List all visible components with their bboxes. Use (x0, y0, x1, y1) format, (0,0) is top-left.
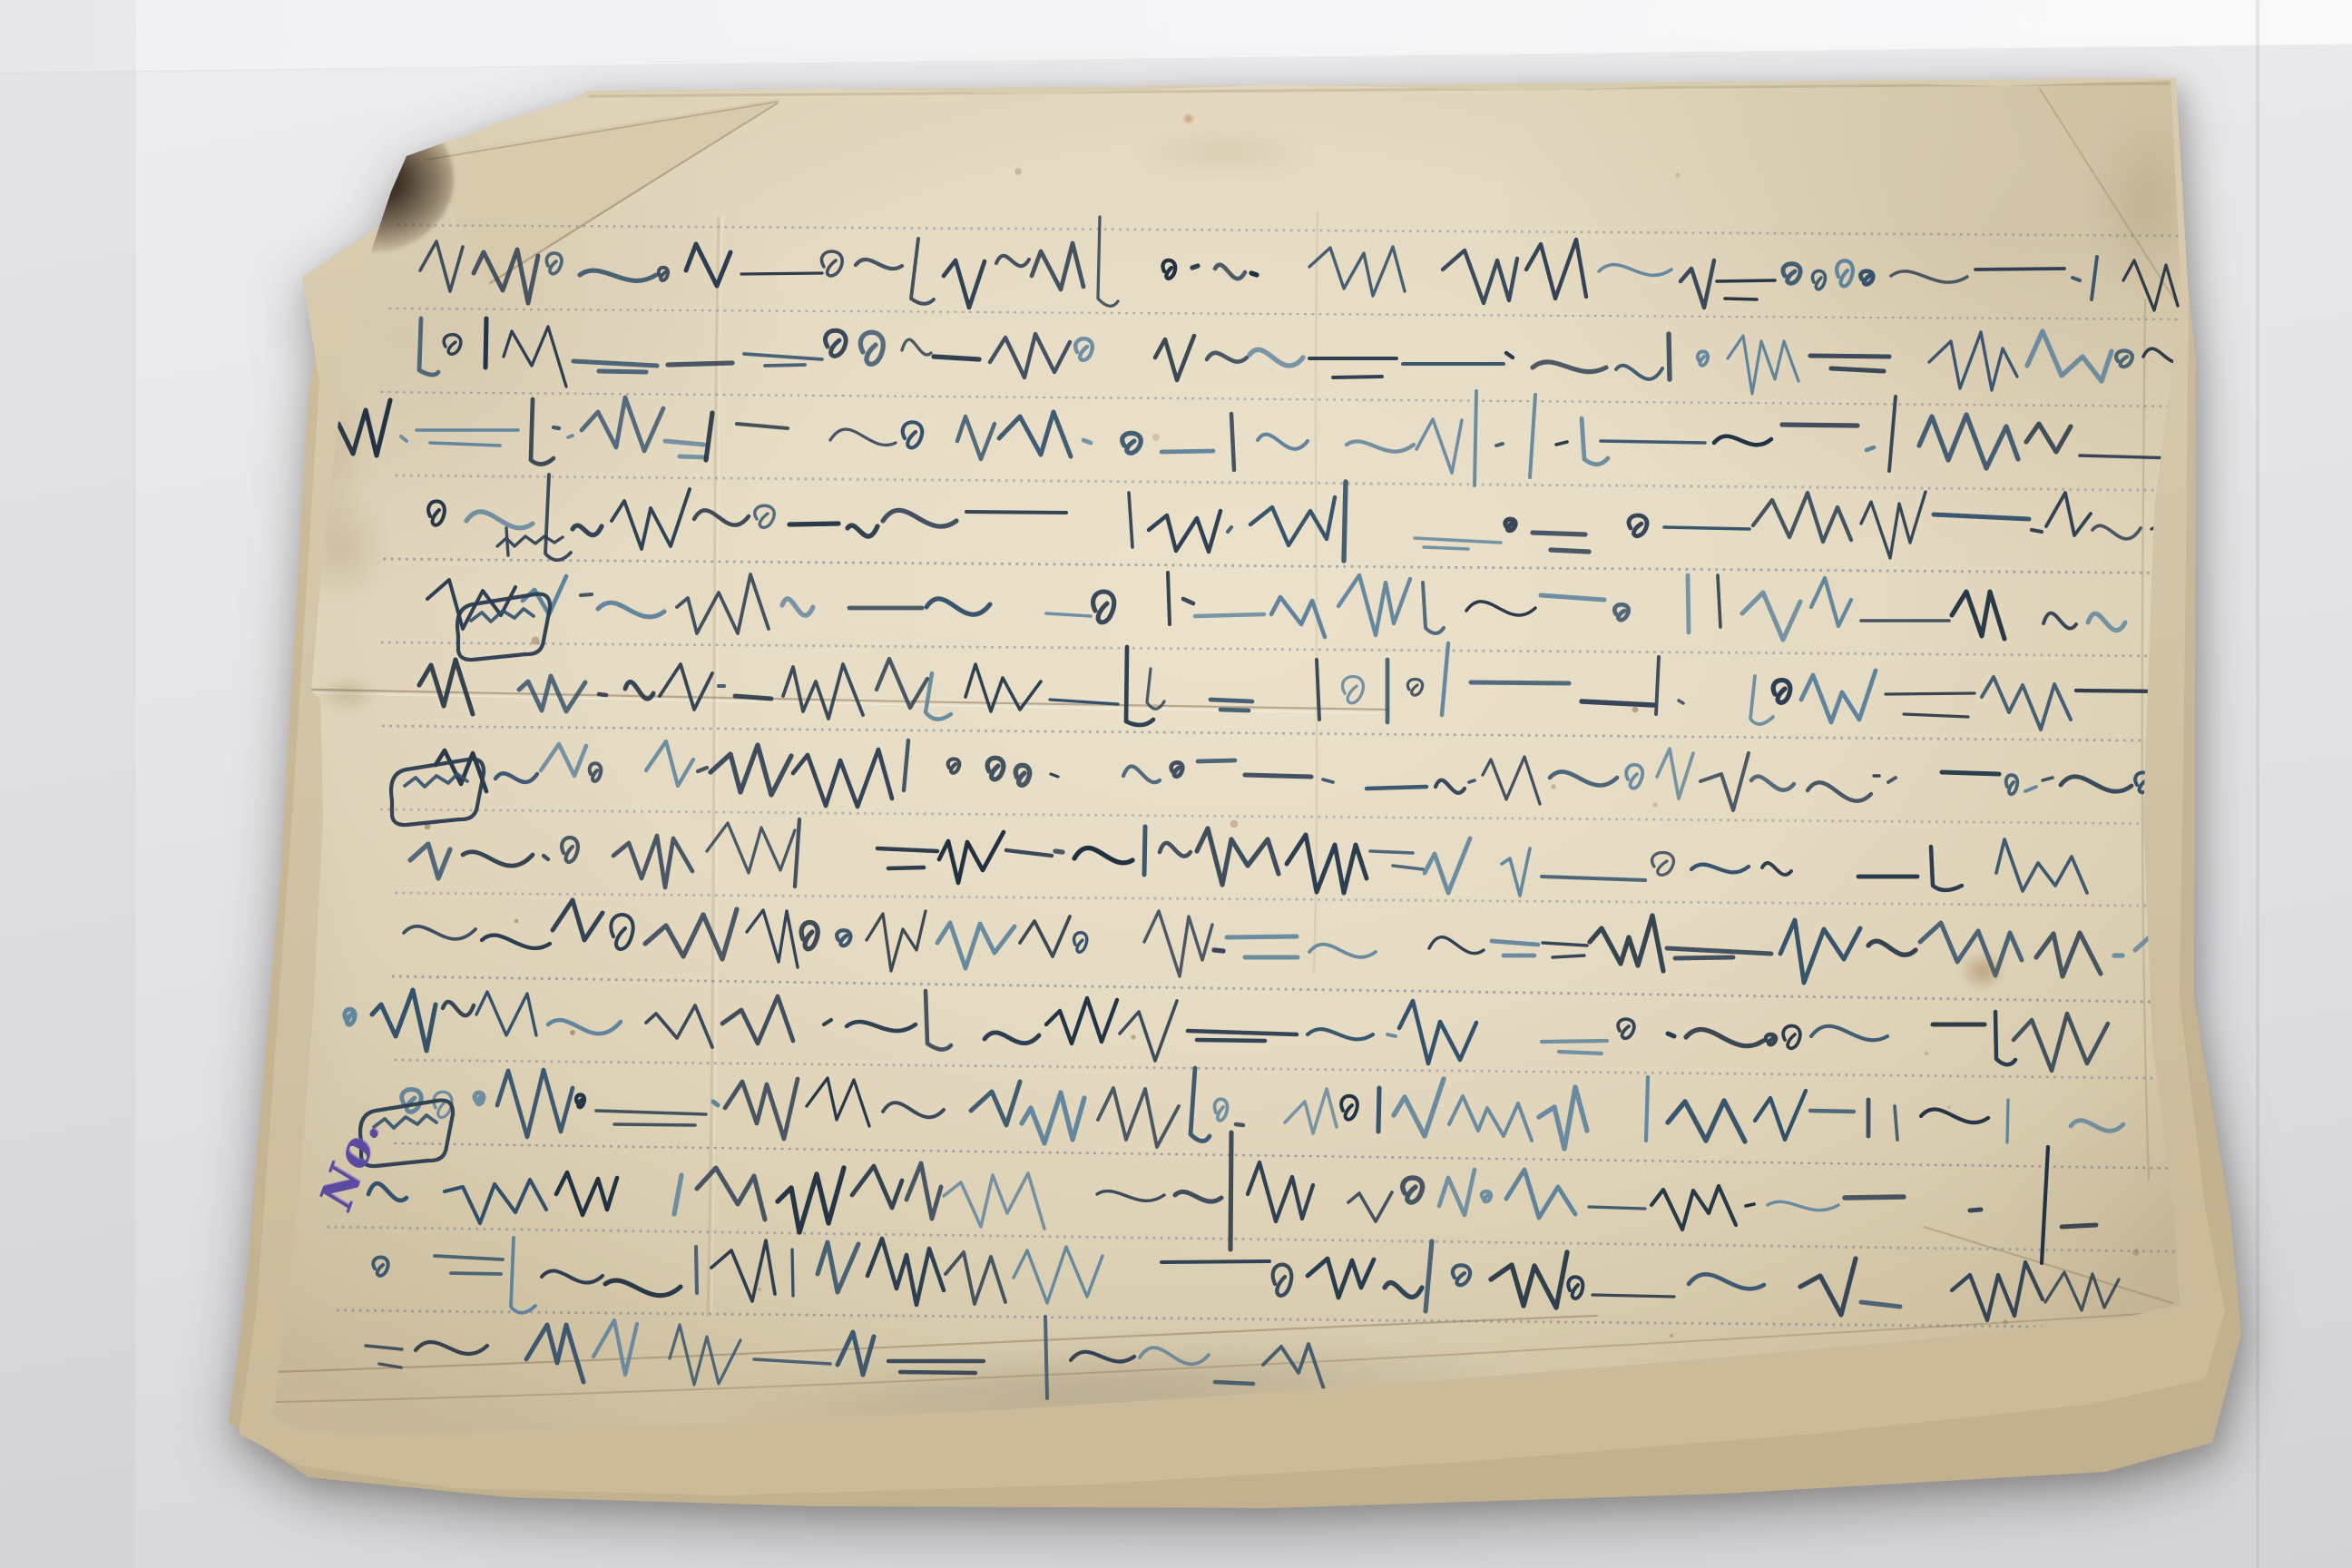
ink-stroke (755, 505, 774, 527)
ruled-line (337, 1310, 2208, 1328)
ink-stroke (971, 1082, 1020, 1125)
ink-stroke (660, 664, 712, 710)
ink-stroke (1667, 948, 1771, 958)
ink-stroke (1144, 827, 1145, 875)
ink-stroke (1929, 332, 2017, 390)
ink-stroke (1550, 771, 1617, 785)
ink-stroke (1183, 599, 1193, 603)
ink-stroke (1601, 441, 1705, 443)
ink-stroke (1147, 669, 1164, 709)
ink-stroke (1808, 782, 1871, 800)
ink-stroke (436, 750, 486, 791)
ruled-line (380, 809, 2218, 824)
ink-stroke (419, 660, 473, 714)
ruled-line (327, 1227, 2210, 1252)
ink-stroke (1055, 851, 1063, 852)
ink-stroke (793, 750, 892, 807)
ink-stroke (710, 745, 791, 795)
ink-stroke (946, 1252, 1005, 1304)
ink-stroke (824, 1020, 831, 1024)
ink-stroke (1813, 271, 1826, 289)
ink-stroke (1728, 336, 1798, 394)
ink-stroke (1370, 851, 1423, 869)
ink-stroke (2006, 775, 2018, 794)
ink-stroke (1348, 1192, 1392, 1221)
ink-stroke (426, 102, 779, 160)
ink-stroke (1309, 247, 1405, 296)
ink-stroke (801, 923, 818, 949)
ink-stroke (463, 852, 533, 866)
ink-stroke (457, 594, 550, 660)
ink-stroke (599, 694, 606, 695)
ink-stroke (1689, 1274, 1764, 1289)
ink-stroke (1590, 916, 1663, 971)
ink-stroke (1006, 850, 1052, 856)
ink-stroke (860, 332, 883, 364)
ink-stroke (1074, 848, 1132, 862)
ink-stroke (1338, 575, 1410, 635)
ink-stroke (485, 318, 486, 367)
ink-stroke (686, 244, 730, 286)
ink-stroke (1466, 602, 1535, 615)
ink-stroke (722, 996, 793, 1044)
ink-stroke (1921, 1109, 1988, 1122)
ink-stroke (476, 992, 536, 1035)
ink-stroke (1496, 444, 1503, 446)
ink-stroke (2042, 1147, 2048, 1263)
ink-stroke (1505, 519, 1515, 530)
ink-stroke (1250, 497, 1335, 545)
water-stain (272, 472, 408, 626)
ruled-line (394, 1060, 2210, 1079)
ink-stroke (1191, 1068, 1210, 1142)
ink-stroke (789, 524, 838, 524)
ink-stroke (818, 1242, 858, 1292)
ink-stroke (856, 260, 902, 269)
ink-stroke (2088, 613, 2125, 630)
ink-stroke (877, 848, 937, 868)
ink-stroke (1652, 853, 1674, 876)
ink-stroke (677, 574, 769, 633)
ink-stroke (504, 327, 566, 387)
ink-stroke (1032, 243, 1083, 289)
ink-stroke (1273, 1265, 1292, 1296)
ink-stroke (416, 1342, 487, 1354)
nail-head (343, 141, 376, 168)
ink-stroke (1651, 1186, 1736, 1230)
ink-stroke (1083, 440, 1091, 443)
paper-speck (1152, 434, 1160, 441)
ink-stroke (1309, 358, 1396, 377)
ink-stroke (902, 339, 931, 355)
ink-stroke (1394, 1079, 1444, 1136)
ink-stroke (1022, 1093, 1084, 1143)
ink-stroke (1780, 920, 1860, 983)
ink-stroke (1952, 1262, 2043, 1320)
ink-stroke (546, 253, 562, 274)
ink-stroke (1568, 1277, 1583, 1298)
tan-streak (1116, 122, 1334, 181)
ink-stroke (580, 270, 656, 280)
ink-stroke (1308, 1029, 1373, 1039)
ink-stroke (576, 1095, 584, 1108)
ink-stroke (1407, 680, 1422, 696)
ink-stroke (1800, 1259, 1856, 1315)
ink-stroke (659, 268, 668, 280)
ink-stroke (706, 413, 712, 460)
ink-stroke (1425, 838, 1470, 893)
rusty-pin-head (285, 250, 309, 264)
ink-stroke (1074, 933, 1087, 952)
ink-stroke (883, 1102, 944, 1117)
ink-stroke (1416, 419, 1462, 473)
photo-of-manuscript: No. (0, 0, 2352, 1568)
ink-stroke (1599, 265, 1671, 276)
ink-stroke (1161, 1261, 1269, 1262)
ink-stroke (698, 768, 707, 771)
ink-stroke (1646, 1077, 1648, 1141)
ruled-line (394, 1143, 2211, 1169)
ink-stroke (497, 528, 563, 555)
ink-stroke (1098, 217, 1118, 306)
ink-stroke (1347, 441, 1414, 451)
ink-stroke (904, 740, 908, 790)
ink-stroke (1533, 533, 1589, 552)
ruled-line (381, 392, 2207, 407)
ink-stroke (830, 429, 896, 445)
ink-stroke (1541, 595, 1604, 600)
ink-stroke (1506, 1170, 1575, 1218)
ink-stroke (554, 427, 559, 428)
ink-stroke (1385, 1283, 1422, 1298)
ink-stroke (1323, 779, 1333, 782)
ink-stroke (1975, 269, 2064, 269)
ink-stroke (526, 1325, 583, 1382)
ink-stroke (1629, 515, 1647, 536)
ink-stroke (937, 923, 1014, 968)
ink-stroke (443, 1002, 474, 1015)
ink-stroke (737, 424, 788, 428)
ink-stroke (372, 990, 436, 1051)
ink-stroke (2073, 278, 2080, 280)
ink-stroke (1168, 573, 1170, 624)
ink-stroke (807, 1078, 869, 1126)
ink-stroke (985, 1033, 1039, 1044)
ink-stroke (1753, 493, 1851, 542)
ink-stroke (1429, 937, 1484, 954)
ink-stroke (1664, 527, 1749, 529)
ink-stroke (987, 758, 1004, 779)
ink-stroke (1895, 1106, 1897, 1140)
ink-stroke (1530, 395, 1535, 477)
paper-speck (1552, 785, 1556, 789)
ink-stroke (1098, 1088, 1179, 1147)
ink-stroke (1668, 1034, 1674, 1036)
paper-stack: No. (0, 0, 2352, 1568)
ruled-line (381, 642, 2210, 656)
ink-stroke (1491, 1252, 1567, 1308)
ink-stroke (445, 1180, 546, 1223)
ink-stroke (903, 422, 922, 447)
ink-stroke (1618, 1019, 1634, 1038)
ink-stroke (435, 1256, 503, 1274)
ruled-line (388, 309, 2213, 319)
ink-stroke (926, 599, 990, 614)
ink-stroke (590, 763, 602, 781)
ink-stroke (999, 412, 1071, 456)
ink-stroke (744, 354, 822, 366)
ink-stroke (1093, 592, 1114, 622)
ink-stroke (1996, 839, 2087, 893)
ink-stroke (1891, 271, 1967, 282)
ink-stroke (1160, 843, 1191, 857)
ink-stroke (1543, 943, 1587, 957)
ink-stroke (906, 1163, 941, 1219)
ink-stroke (1014, 1247, 1102, 1303)
ink-stroke (696, 1247, 697, 1293)
ink-stroke (1751, 777, 1794, 790)
ink-stroke (1403, 1178, 1423, 1202)
ruled-line (392, 976, 2205, 1003)
ink-stroke (944, 260, 985, 308)
ink-stroke (366, 1346, 402, 1367)
ink-stroke (1469, 780, 1475, 782)
ink-stroke (725, 1079, 798, 1139)
ink-stroke (1343, 677, 1364, 703)
ink-stroke (1415, 538, 1501, 549)
ink-stroke (926, 991, 951, 1050)
ink-stroke (1228, 527, 1231, 532)
ink-stroke (1783, 1026, 1800, 1049)
ink-stroke (1051, 774, 1058, 777)
ink-stroke (1251, 273, 1257, 275)
ink-stroke (1526, 240, 1586, 299)
ink-stroke (345, 1009, 355, 1024)
ink-stroke (1231, 414, 1234, 470)
ink-stroke (1762, 863, 1791, 875)
ink-stroke (792, 1249, 793, 1296)
ink-stroke (1626, 765, 1642, 789)
ink-stroke (1539, 1087, 1587, 1149)
ink-stroke (2025, 787, 2036, 791)
paper-speck (1230, 820, 1239, 828)
ink-stroke (1934, 514, 2029, 519)
ink-stroke (598, 603, 664, 617)
ink-stroke (1129, 493, 1132, 547)
ink-stroke (883, 510, 956, 526)
ink-stroke (1924, 1227, 2172, 1303)
ink-stroke (867, 911, 926, 971)
paper-speck (2003, 1319, 2008, 1325)
ink-stroke (1215, 1099, 1228, 1121)
ink-stroke (1344, 482, 1346, 561)
ink-stroke (990, 334, 1070, 377)
ink-stroke (2116, 351, 2132, 367)
ink-stroke (848, 525, 877, 536)
ink-stroke (2027, 331, 2112, 381)
ink-stroke (1688, 575, 1689, 632)
ink-stroke (1714, 436, 1771, 446)
ink-stroke (1746, 1204, 1754, 1206)
ink-stroke (466, 512, 533, 528)
corner-shading (2069, 82, 2223, 327)
ruled-line (397, 225, 2211, 236)
ink-stroke (582, 397, 663, 451)
ink-stroke (1439, 1170, 1475, 1215)
ink-stroke (1097, 1191, 1164, 1201)
ink-stroke (1810, 1111, 1854, 1112)
ink-stroke (1046, 998, 1117, 1044)
ink-stroke (573, 361, 657, 372)
ruled-line (395, 893, 2209, 906)
paper-speck (1676, 173, 1681, 178)
ink-stroke (1236, 1124, 1243, 1125)
ink-stroke (402, 1090, 421, 1112)
ink-stroke (1614, 604, 1628, 620)
ink-stroke (404, 926, 475, 939)
ink-stroke (939, 832, 1004, 883)
ink-stroke (778, 1168, 844, 1232)
ink-stroke (697, 1168, 765, 1220)
paper-speck (1131, 1034, 1135, 1039)
ink-stroke (1783, 264, 1800, 283)
ink-stroke (1837, 260, 1853, 286)
ink-stroke (1782, 425, 1857, 426)
ink-stroke (1449, 1096, 1532, 1141)
ink-stroke (1161, 451, 1213, 452)
ink-stroke (2092, 525, 2141, 539)
ink-stroke (966, 512, 1066, 513)
ink-stroke (1230, 1132, 1231, 1249)
ink-stroke (837, 930, 850, 946)
ink-stroke (1889, 397, 1896, 471)
ink-stroke (1378, 1088, 1379, 1132)
nail-stain (289, 105, 454, 252)
ink-stroke (1811, 1026, 1887, 1041)
ink-stroke (444, 335, 461, 354)
ink-stroke (707, 823, 795, 873)
ink-stroke (1155, 336, 1194, 380)
ruled-line (384, 559, 2208, 573)
ink-stroke (410, 844, 450, 878)
ink-stroke (605, 1280, 681, 1296)
ink-stroke (1287, 835, 1367, 893)
ink-stroke (1482, 1191, 1491, 1201)
ink-stroke (419, 318, 438, 375)
paper-speck (570, 1030, 575, 1035)
ink-stroke (2036, 933, 2101, 976)
ink-stroke (694, 510, 749, 524)
ink-stroke (581, 594, 592, 595)
ink-stroke (847, 1022, 916, 1031)
ink-stroke (1801, 671, 1876, 722)
ink-stroke (1810, 356, 1889, 371)
paper-speck (1925, 1052, 1929, 1056)
ink-stroke (1970, 1210, 1981, 1210)
ink-stroke (1718, 575, 1720, 627)
ink-stroke (1245, 775, 1311, 777)
ink-stroke (1341, 1096, 1357, 1120)
ink-stroke (1442, 643, 1448, 715)
ink-stroke (497, 1070, 573, 1137)
ink-stroke (1717, 280, 1775, 299)
nail-shaft (344, 159, 377, 212)
ink-stroke (1755, 1091, 1806, 1140)
ink-stroke (735, 696, 771, 699)
ink-stroke (612, 489, 690, 549)
rust-stain (1951, 944, 2014, 998)
ink-stroke (1861, 492, 1926, 558)
ink-stroke (482, 936, 550, 948)
ink-stroke (1589, 1207, 1645, 1209)
ink-stroke (645, 909, 737, 959)
ink-stroke (1285, 1089, 1337, 1133)
ink-stroke (1423, 583, 1444, 633)
ink-stroke (713, 1102, 718, 1105)
ink-stroke (2026, 424, 2071, 452)
ink-stroke (665, 441, 706, 457)
ink-stroke (562, 838, 578, 862)
ink-stroke (957, 416, 995, 459)
paper-speck (1014, 168, 1021, 174)
ink-stroke (1669, 334, 1670, 379)
ink-stroke (1207, 353, 1247, 362)
ink-stroke (1768, 1201, 1838, 1210)
ink-stroke (711, 1240, 775, 1301)
ink-stroke (1492, 941, 1538, 955)
ink-stroke (822, 251, 843, 276)
ink-stroke (948, 759, 960, 772)
ink-stroke (1387, 1034, 1396, 1036)
ink-stroke (1700, 753, 1749, 810)
ink-stroke (1192, 266, 1198, 268)
ink-stroke (1952, 592, 2004, 639)
ink-stroke (1888, 778, 1896, 782)
ink-stroke (593, 1320, 637, 1375)
ink-stroke (1308, 1259, 1374, 1298)
ink-stroke (596, 1111, 706, 1125)
ink-stroke (611, 915, 632, 949)
ink-stroke (996, 256, 1029, 266)
ruled-line (396, 475, 2219, 491)
ink-stroke (646, 741, 693, 786)
ink-stroke (401, 436, 407, 441)
ink-stroke (1475, 391, 1476, 485)
ink-stroke (1616, 366, 1662, 379)
ink-stroke (646, 1005, 712, 1047)
ink-stroke (1942, 772, 1999, 774)
ink-stroke (1931, 847, 1962, 890)
nail (327, 132, 408, 241)
paper-speck (514, 919, 519, 924)
ink-stroke (1668, 1101, 1745, 1142)
ink-stroke (391, 759, 484, 825)
ink-stroke (1215, 265, 1245, 279)
ink-stroke (2043, 613, 2076, 629)
ink-stroke (1542, 877, 1645, 880)
ink-stroke (783, 664, 863, 719)
ink-stroke (1123, 767, 1160, 783)
ink-stroke (1015, 765, 1029, 785)
ink-stroke (1868, 941, 1916, 955)
ink-stroke (1171, 762, 1183, 776)
ink-stroke (852, 1166, 902, 1208)
ink-stroke (1367, 787, 1426, 789)
ink-stroke (568, 436, 573, 437)
ink-stroke (1471, 682, 1569, 683)
ink-stroke (1533, 362, 1606, 372)
ink-stroke (531, 399, 554, 465)
